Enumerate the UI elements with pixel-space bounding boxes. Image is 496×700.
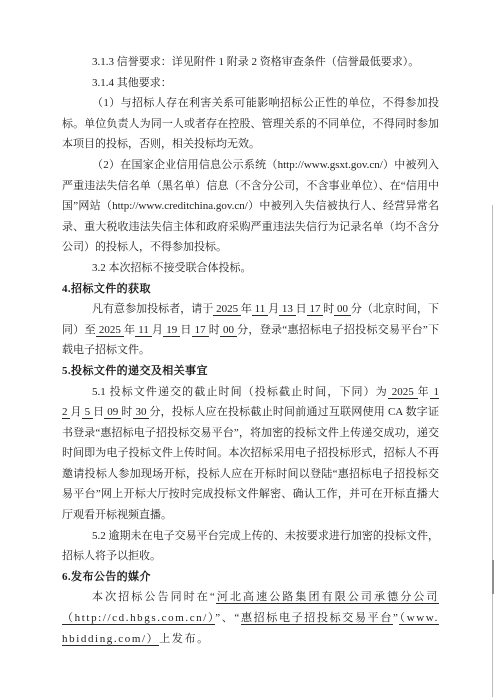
underlined-value: 2025 [213,303,241,316]
text-run: （2）在国家企业信用信息公示系统（http://www.gsxt.gov.cn/… [62,159,439,253]
text-run: 分，投标人应在投标截止时间前通过互联网使用 CA 数字证书登录“惠招标电子招投标… [62,406,439,521]
heading-text: 6.发布公告的媒介 [62,571,151,583]
clause-3-1-4: 3.1.4 其他要求： [62,73,439,94]
heading-text: 4.招标文件的获取 [62,283,151,295]
tender-announcement-text: 3.1.3 信誉要求：详见附件 1 附录 2 资格审查条件（信誉最低要求）。 3… [62,52,439,649]
underlined-value: 11 [252,303,268,316]
section-5-heading: 5.投标文件的递交及相关事宜 [62,361,439,382]
underlined-value: 09 [104,406,121,419]
clause-3-1-4-item-2: （2）在国家企业信用信息公示系统（http://www.gsxt.gov.cn/… [62,155,439,258]
section-4-paragraph: 凡有意参加投标者，请于 2025 年 11 月 13 日 17 时 00 分（北… [62,299,439,361]
text-run: 月 [268,303,279,315]
clause-5-2: 5.2 逾期未在电子交易平台完成上传的、未按要求进行加密的投标文件，招标人将予以… [62,526,439,567]
underlined-value: 11 [135,324,152,337]
clause-3-1-3-text: 3.1.3 信誉要求：详见附件 1 附录 2 资格审查条件（信誉最低要求）。 [92,56,419,68]
underlined-value: 00 [334,303,351,316]
clause-3-2-text: 3.2 本次招标不接受联合体投标。 [92,262,252,274]
underlined-value: 2025 [388,386,418,399]
text-run: 时 [209,324,220,336]
clause-3-2: 3.2 本次招标不接受联合体投标。 [62,258,439,279]
text-run: （1）与招标人存在利害关系可能影响招标公正性的单位，不得参加投标。单位负责人为同… [62,97,439,150]
underlined-value: 17 [192,324,209,337]
underlined-value: 30 [133,406,150,419]
underlined-value: 2025 [96,324,124,337]
text-run: 月 [70,406,81,418]
section-6-heading: 6.发布公告的媒介 [62,567,439,588]
text-run: 5.1 投标文件递交的截止时间（投标截止时间，下同）为 [92,386,388,398]
text-run: 时 [121,406,132,418]
text-run: 年 [241,303,252,315]
underlined-value: 00 [220,324,237,337]
text-run: 月 [152,324,163,336]
clause-3-1-4-text: 3.1.4 其他要求： [92,77,172,89]
underlined-value: 5 [82,406,93,419]
text-run: 年 [418,386,430,398]
text-run: 上发布。 [159,633,209,645]
section-4-heading: 4.招标文件的获取 [62,279,439,300]
text-run: 年 [124,324,135,336]
scan-artifact-line [492,205,493,697]
text-run: 5.2 逾期未在电子交易平台完成上传的、未按要求进行加密的投标文件，招标人将予以… [62,530,439,563]
document-page: 3.1.3 信誉要求：详见附件 1 附录 2 资格审查条件（信誉最低要求）。 3… [0,0,496,700]
underlined-value: 17 [307,303,324,316]
text-run: 本次招标公告同时在“ [92,591,216,603]
text-run: 日 [180,324,191,336]
clause-5-1: 5.1 投标文件递交的截止时间（投标截止时间，下同）为 2025 年 12 月 … [62,382,439,526]
underlined-value: 13 [279,303,296,316]
section-6-paragraph: 本次招标公告同时在“河北高速公路集团有限公司承德分公司（http://cd.hb… [62,587,439,649]
clause-3-1-3: 3.1.3 信誉要求：详见附件 1 附录 2 资格审查条件（信誉最低要求）。 [62,52,439,73]
text-run: 凡有意参加投标者，请于 [92,303,213,315]
text-run: 日 [296,303,307,315]
text-run: 时 [323,303,334,315]
text-run: 日 [93,406,104,418]
scan-artifact-smudge [492,560,494,594]
platform-link-text: 惠招标电子招投标交易平台 [241,612,393,625]
text-run: ”、“ [215,612,241,624]
clause-3-1-4-item-1: （1）与招标人存在利害关系可能影响招标公正性的单位，不得参加投标。单位负责人为同… [62,93,439,155]
heading-text: 5.投标文件的递交及相关事宜 [62,365,208,377]
underlined-value: 19 [163,324,180,337]
